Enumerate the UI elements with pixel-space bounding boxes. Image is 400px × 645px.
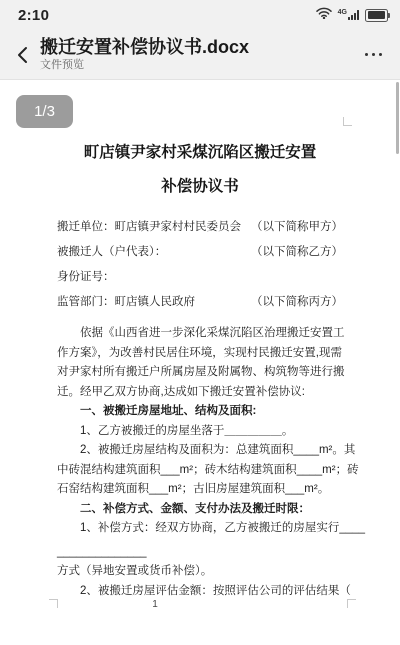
document-filename: 搬迁安置补偿协议书.docx bbox=[40, 37, 361, 57]
page-footer-number: 1 bbox=[146, 599, 164, 610]
file-preview-screen: 2:10 4G bbox=[0, 0, 400, 645]
signal-bars-icon bbox=[348, 10, 359, 20]
chevron-left-icon bbox=[13, 44, 33, 66]
doc-line: 2、被搬迁房屋结构及面积为：总建筑面积____m²。其 bbox=[57, 441, 343, 461]
doc-line: 依据《山西省进一步深化采煤沉陷区治理搬迁安置工 bbox=[57, 324, 343, 344]
doc-line: 对尹家村所有搬迁户所属房屋及附属物、构筑物等进行搬 bbox=[57, 363, 343, 383]
app-header: 搬迁安置补偿协议书.docx 文件预览 bbox=[0, 30, 400, 80]
doc-line: 作方案》，为改善村民居住环境，实现村民搬迁安置,现需 bbox=[57, 344, 343, 364]
doc-line: 石窑结构建筑面积___m²；古旧房屋建筑面积___m²。 bbox=[57, 480, 343, 500]
party-section: 搬迁单位：町店镇尹家村村民委员会 （以下简称甲方） 被搬迁人（户代表）： （以下… bbox=[57, 215, 343, 315]
more-options-button[interactable] bbox=[361, 45, 387, 65]
doc-heading-line: 一、被搬迁房屋地址、结构及面积: bbox=[57, 402, 343, 422]
party-row: 被搬迁人（户代表）： （以下简称乙方） bbox=[57, 240, 343, 265]
document-title-line1: 町店镇尹家村采煤沉陷区搬迁安置 bbox=[57, 136, 343, 170]
document-page[interactable]: 1/3 町店镇尹家村采煤沉陷区搬迁安置 补偿协议书 搬迁单位：町店镇尹家村村民委… bbox=[0, 80, 400, 645]
document-title-line2: 补偿协议书 bbox=[57, 170, 343, 204]
preview-label: 文件预览 bbox=[40, 58, 361, 72]
scrollbar-thumb[interactable] bbox=[396, 82, 399, 154]
doc-line: 迁。经甲乙双方协商,达成如下搬迁安置补偿协议: bbox=[57, 383, 343, 403]
wifi-icon bbox=[316, 6, 332, 24]
status-bar: 2:10 4G bbox=[0, 0, 400, 30]
header-titles: 搬迁安置补偿协议书.docx 文件预览 bbox=[40, 37, 361, 72]
more-dots-icon bbox=[365, 53, 369, 57]
doc-line: 1、乙方被搬迁的房屋坐落于＿＿＿＿＿。 bbox=[57, 422, 343, 442]
document-content: 町店镇尹家村采煤沉陷区搬迁安置 补偿协议书 搬迁单位：町店镇尹家村村民委员会 （… bbox=[0, 80, 400, 601]
body-text: 依据《山西省进一步深化采煤沉陷区治理搬迁安置工 作方案》，为改善村民居住环境，实… bbox=[57, 324, 343, 601]
document-title: 町店镇尹家村采煤沉陷区搬迁安置 补偿协议书 bbox=[57, 136, 343, 204]
party-row: 身份证号： bbox=[57, 265, 343, 290]
clock-time: 2:10 bbox=[18, 7, 49, 24]
doc-heading-line: 二、补偿方式、金额、支付办法及搬迁时限： bbox=[57, 500, 343, 520]
page-indicator-badge: 1/3 bbox=[16, 95, 73, 128]
doc-line: 方式（异地安置或货币补偿）。 bbox=[57, 562, 343, 582]
doc-line: 中砖混结构建筑面积___m²；砖木结构建筑面积____m²；砖 bbox=[57, 461, 343, 481]
doc-blank-fill-line: ______________ bbox=[57, 543, 343, 563]
network-type-label: 4G bbox=[338, 9, 347, 16]
status-icons: 4G bbox=[316, 6, 388, 24]
signal-icon: 4G bbox=[338, 10, 359, 20]
battery-icon bbox=[365, 9, 388, 22]
party-row: 监管部门：町店镇人民政府 （以下简称丙方） bbox=[57, 290, 343, 315]
doc-line: 1、补偿方式：经双方协商，乙方被搬迁的房屋实行____ bbox=[57, 519, 343, 539]
doc-line: 2、被搬迁房屋评估金额：按照评估公司的评估结果（ bbox=[57, 582, 343, 602]
party-row: 搬迁单位：町店镇尹家村村民委员会 （以下简称甲方） bbox=[57, 215, 343, 240]
back-button[interactable] bbox=[8, 37, 38, 73]
